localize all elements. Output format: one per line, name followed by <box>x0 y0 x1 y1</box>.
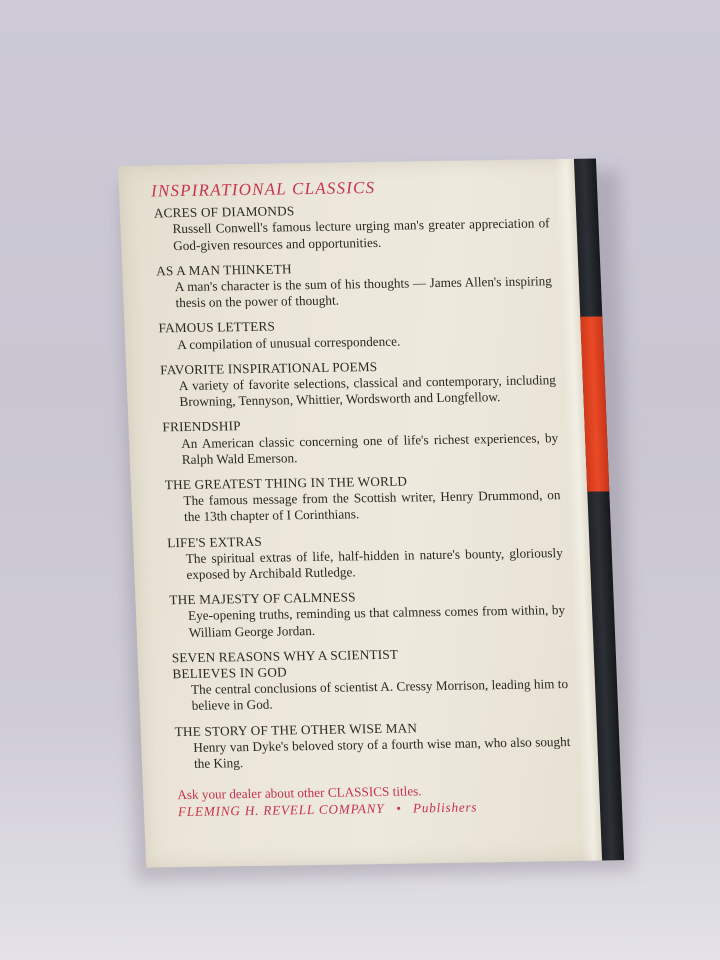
title-entry: THE GREATEST THING IN THE WORLDThe famou… <box>165 471 562 526</box>
footer: Ask your dealer about other CLASSICS tit… <box>177 780 573 820</box>
series-title: INSPIRATIONAL CLASSICS <box>151 177 549 199</box>
cover-text: INSPIRATIONAL CLASSICS ACRES OF DIAMONDS… <box>153 177 574 820</box>
entry-description: Eye-opening truths, reminding us that ca… <box>170 603 566 642</box>
separator-bullet: • <box>396 801 401 816</box>
publisher-role: Publishers <box>413 800 478 816</box>
title-list: ACRES OF DIAMONDSRussell Conwell's famou… <box>154 199 572 772</box>
entry-description: The spiritual extras of life, half-hidde… <box>167 545 563 584</box>
title-entry: ACRES OF DIAMONDSRussell Conwell's famou… <box>154 199 551 254</box>
entry-description: The famous message from the Scottish wri… <box>165 487 561 526</box>
title-entry: AS A MAN THINKETHA man's character is th… <box>156 257 553 312</box>
title-entry: FRIENDSHIPAn American classic concerning… <box>162 414 559 469</box>
title-entry: SEVEN REASONS WHY A SCIENTIST BELIEVES I… <box>171 644 569 715</box>
title-entry: THE MAJESTY OF CALMNESSEye-opening truth… <box>169 586 566 641</box>
entry-description: A variety of favorite selections, classi… <box>161 372 557 411</box>
book: INSPIRATIONAL CLASSICS ACRES OF DIAMONDS… <box>118 158 650 868</box>
title-entry: LIFE'S EXTRASThe spiritual extras of lif… <box>167 529 564 584</box>
title-entry: THE STORY OF THE OTHER WISE MANHenry van… <box>174 718 571 773</box>
title-entry: FAMOUS LETTERSA compilation of unusual c… <box>158 315 554 354</box>
entry-description: Henry van Dyke's beloved story of a four… <box>175 734 571 773</box>
entry-description: Russell Conwell's famous lecture urging … <box>154 216 550 255</box>
entry-description: A man's character is the sum of his thou… <box>157 273 553 312</box>
back-cover: INSPIRATIONAL CLASSICS ACRES OF DIAMONDS… <box>118 159 602 868</box>
entry-description: An American classic concerning one of li… <box>163 430 559 469</box>
entry-description: The central conclusions of scientist A. … <box>173 676 569 715</box>
publisher-name: FLEMING H. REVELL COMPANY <box>178 801 385 819</box>
title-entry: FAVORITE INSPIRATIONAL POEMSA variety of… <box>160 356 557 411</box>
